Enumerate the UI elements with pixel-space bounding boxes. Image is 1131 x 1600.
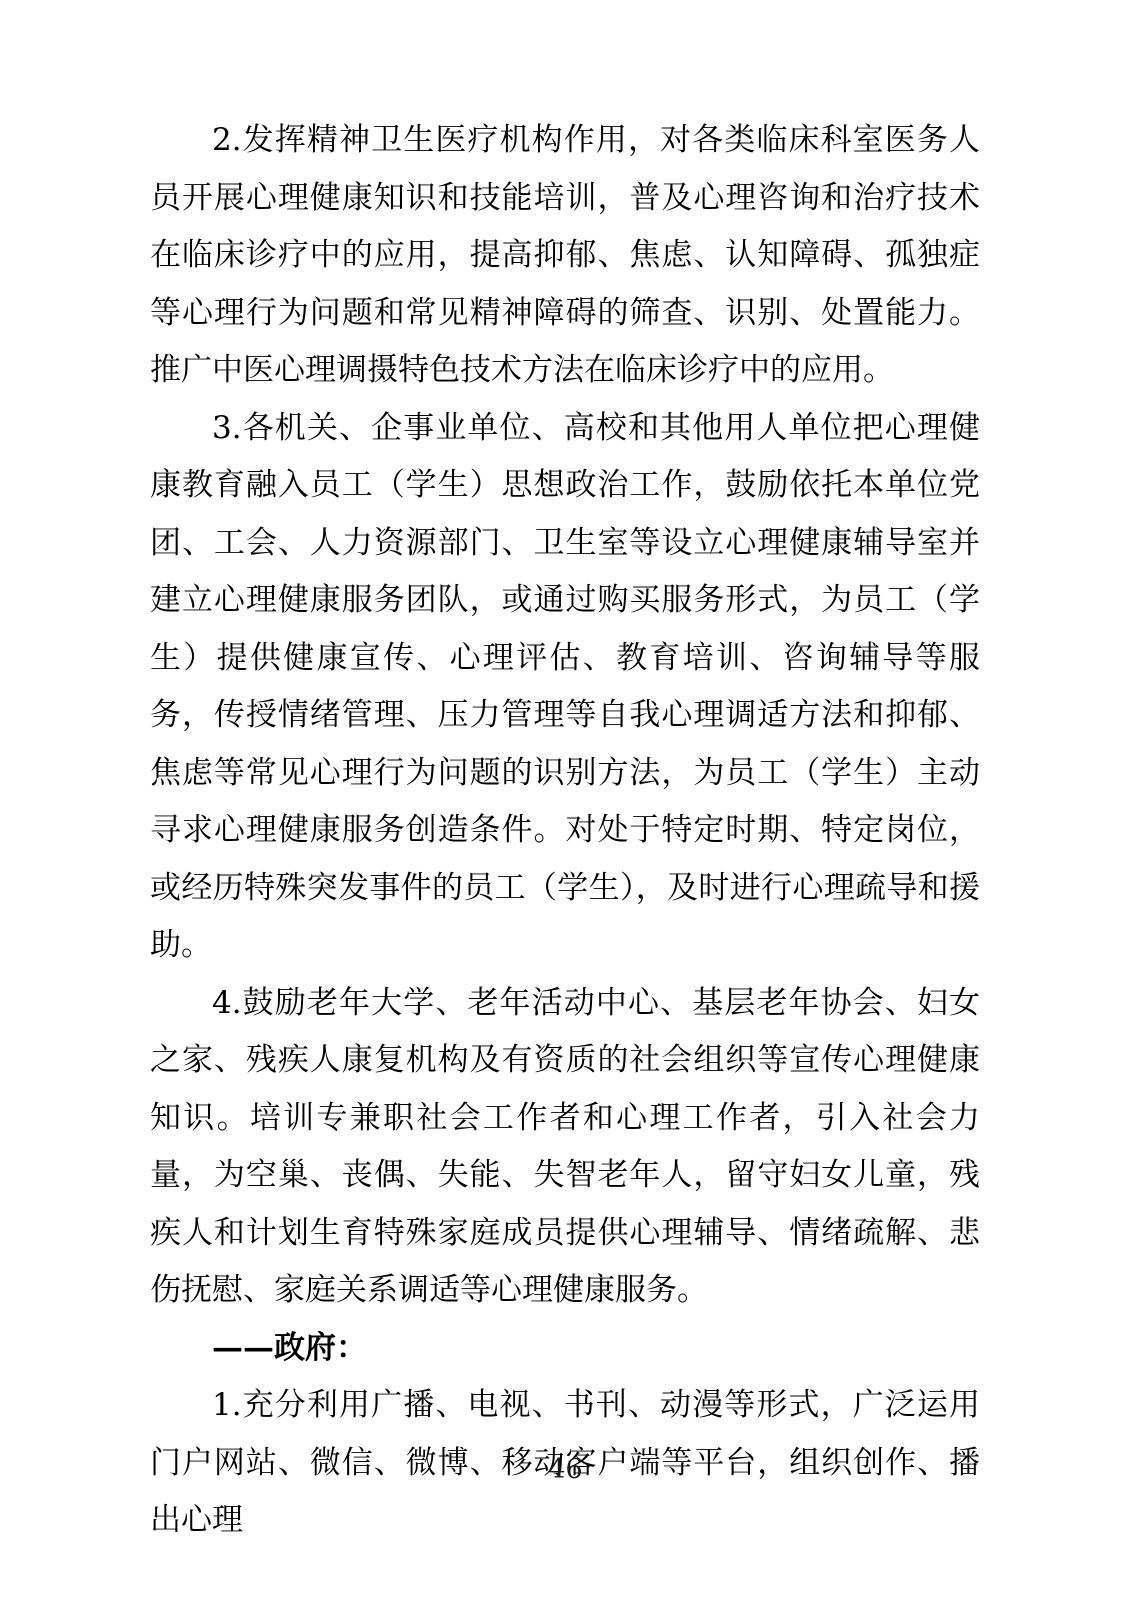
page-number: 46 — [0, 1455, 1131, 1485]
paragraph-item-2: 2.发挥精神卫生医疗机构作用，对各类临床科室医务人员开展心理健康知识和技能培训，… — [150, 112, 980, 400]
document-body: 2.发挥精神卫生医疗机构作用，对各类临床科室医务人员开展心理健康知识和技能培训，… — [150, 112, 980, 1550]
paragraph-item-3: 3.各机关、企事业单位、高校和其他用人单位把心理健康教育融入员工（学生）思想政治… — [150, 400, 980, 975]
paragraph-item-4: 4.鼓励老年大学、老年活动中心、基层老年协会、妇女之家、残疾人康复机构及有资质的… — [150, 975, 980, 1320]
section-heading-government: ——政府： — [150, 1320, 980, 1378]
document-page: 2.发挥精神卫生医疗机构作用，对各类临床科室医务人员开展心理健康知识和技能培训，… — [0, 0, 1131, 1600]
